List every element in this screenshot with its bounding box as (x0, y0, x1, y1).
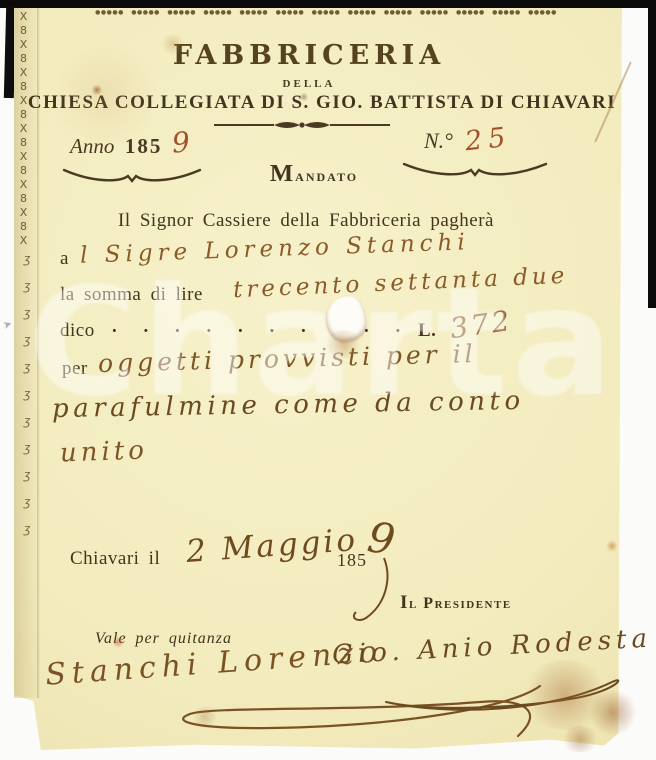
year-flourish (336, 556, 406, 626)
stain (560, 726, 600, 752)
stain (50, 40, 160, 150)
stain (300, 92, 308, 102)
stain (606, 540, 618, 552)
top-ornament-row: ●●●●● ●●●●● ●●●●● ●●●●● ●●●●● ●●●●● ●●●●… (48, 9, 604, 16)
place-date-label: Chiavari il (70, 548, 160, 570)
left-border-squiggle-ornament: ʒʒʒʒʒʒʒʒʒʒʒ (20, 252, 34, 702)
stain (160, 34, 186, 54)
mandato-heading: Mandato (14, 160, 614, 188)
body-line-payer: Il Signor Cassiere della Fabbriceria pag… (118, 210, 494, 232)
stain (190, 706, 220, 728)
reason-handwritten-line3: unito (60, 435, 149, 468)
paper-hole-smudge (322, 330, 364, 358)
scan-artifact: ➤ (1, 317, 14, 332)
scan-frame-top (0, 0, 656, 8)
president-label: Il Presidente (400, 592, 512, 614)
scanned-document: ➤ X8X8X8X8X8X8X8X8X8 ʒʒʒʒʒʒʒʒʒʒʒ ●●●●● ●… (0, 0, 656, 760)
anno-year-handwritten: 9 (171, 125, 191, 159)
stain (112, 636, 124, 648)
per-label: per (62, 358, 88, 380)
divider-ornament (212, 118, 392, 132)
lire-label: L. (418, 320, 436, 342)
dico-label: dico (60, 320, 95, 342)
sum-label: la somma di lire (60, 284, 203, 306)
numero-label: N.° (424, 128, 453, 154)
numero-handwritten: 25 (464, 122, 513, 158)
scan-frame-right (648, 0, 656, 308)
stain (588, 690, 638, 735)
payee-prefix: a (60, 248, 69, 270)
